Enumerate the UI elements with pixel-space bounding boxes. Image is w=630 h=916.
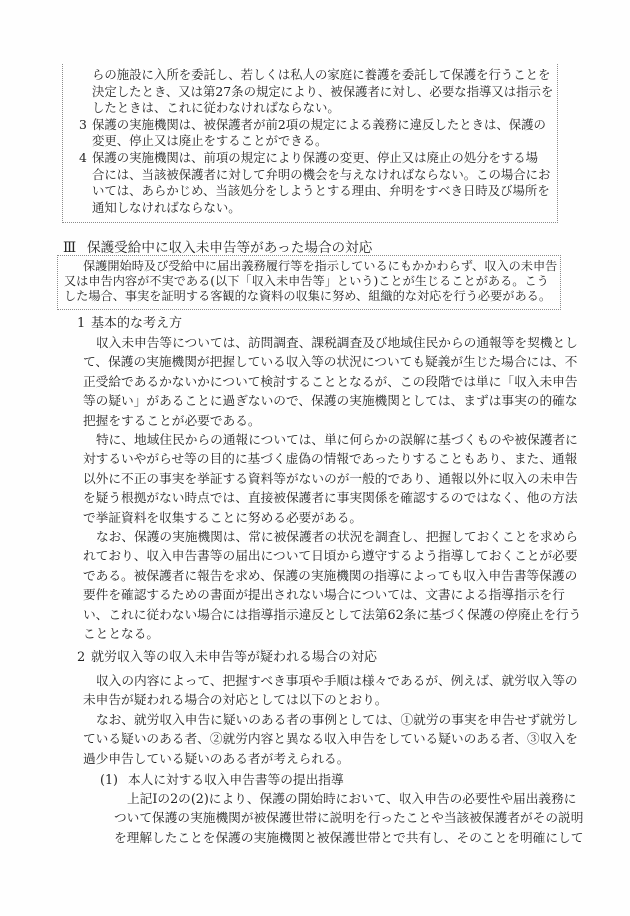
excerpt-line-text: 変更、停止又は廃止をすることができる。 <box>92 133 327 148</box>
excerpt-item-3: 3保護の実施機関は、被保護者が前2項の規定による義務に違反したときは、保護の <box>63 117 557 134</box>
excerpt-line-text: 合には、当該被保護者に対して弁明の機会を与えなければならない。この場合にお <box>92 167 550 182</box>
subsection-title: 就労収入等の収入未申告等が疑われる場合の対応 <box>91 650 377 665</box>
subsection-2-heading: 2就労収入等の収入未申告等が疑われる場合の対応 <box>77 650 377 665</box>
section-title: 保護受給中に収入未申告等があった場合の対応 <box>87 240 372 256</box>
subsection-number: 1 <box>77 316 91 331</box>
body-line: を疑う根拠がない時点では、直接被保護者に事実関係を確認するのではなく、他の方法 <box>83 488 581 507</box>
legal-excerpt-box: らの施設に入所を委託し、若しくは私人の家庭に養護を委託して保護を行うことを 決定… <box>62 64 558 223</box>
body-line: い、これに従わない場合には指導指示違反として法第62条に基づく保護の停廃止を行う <box>83 605 581 624</box>
subsection-1-heading: 1基本的な考え方 <box>77 316 182 331</box>
excerpt-line: いては、あらかじめ、当該処分をしようとする理由、弁明をすべき日時及び場所を <box>63 183 557 200</box>
excerpt-item-4: 4保護の実施機関は、前項の規定により保護の変更、停止又は廃止の処分をする場 <box>63 150 557 167</box>
body-line: 等の疑い」があることに過ぎないので、保護の実施機関としては、まずは事実の的確な <box>83 391 581 410</box>
body-line: なお、就労収入申告に疑いのある者の事例としては、①就労の事実を申告せず就労し <box>83 710 578 729</box>
excerpt-line-text: いては、あらかじめ、当該処分をしようとする理由、弁明をすべき日時及び場所を <box>92 183 550 198</box>
body-line: 上記Ⅰの2の(2)により、保護の開始時において、収入申告の必要性や届出義務に <box>114 789 583 808</box>
notice-line: 又は申告内容が不実である(以下「収入未申告等」という)ことが生じることがある。こ… <box>64 274 556 289</box>
subsection-2-body: 収入の内容によって、把握すべき事項や手順は様々であるが、例えば、就労収入等の 未… <box>83 671 578 768</box>
body-line: ついて保護の実施機関が被保護世帯に説明を行ったことや当該被保護者がその説明 <box>114 808 583 827</box>
body-line: 要件を確認するための書面が提出されない場合については、文書による指導指示を行 <box>83 585 581 604</box>
body-line: て、保護の実施機関が把握している収入等の状況についても疑義が生じた場合には、不 <box>83 352 581 371</box>
body-line: 特に、地域住民からの通報については、単に何らかの誤解に基づくものや被保護者に <box>83 430 581 449</box>
notice-box: 保護開始時及び受給中に届出義務履行等を指示しているにもかかわらず、収入の未申告 … <box>57 255 561 310</box>
excerpt-line: 合には、当該被保護者に対して弁明の機会を与えなければならない。この場合にお <box>63 167 557 184</box>
body-line: 収入の内容によって、把握すべき事項や手順は様々であるが、例えば、就労収入等の <box>83 671 578 690</box>
excerpt-line-text: したときは、これに従わなければならない。 <box>92 100 340 115</box>
item-1-body: 上記Ⅰの2の(2)により、保護の開始時において、収入申告の必要性や届出義務に つ… <box>114 789 583 847</box>
subsection-title: 基本的な考え方 <box>91 316 182 331</box>
notice-line: した場合、事実を証明する客観的な資料の収集に努め、組織的な対応を行う必要がある。 <box>64 289 556 304</box>
body-line: を理解したことを保護の実施機関と被保護世帯とで共有し、そのことを明確にして <box>114 828 583 847</box>
subsection-1-body: 収入未申告等については、訪問調査、課税調査及び地域住民からの通報等を契機とし て… <box>83 333 581 644</box>
excerpt-line-text: 通知しなければならない。 <box>92 200 241 215</box>
body-line: 以外に不正の事実を挙証する資料等がないのが一般的であり、通報以外に収入の未申告 <box>83 469 581 488</box>
body-line: こととなる。 <box>83 624 581 643</box>
body-line: なお、保護の実施機関は、常に被保護者の状況を調査し、把握しておくことを求めら <box>83 527 581 546</box>
body-line: で挙証資料を収集することに努める必要がある。 <box>83 508 581 527</box>
body-line: 収入未申告等については、訪問調査、課税調査及び地域住民からの通報等を契機とし <box>83 333 581 352</box>
subsection-number: 2 <box>77 650 91 665</box>
item-number: (1) <box>100 770 128 789</box>
body-line: れており、収入申告書等の届出について日頃から遵守するよう指導しておくことが必要 <box>83 546 581 565</box>
excerpt-line-text: 決定したとき、又は第27条の規定により、被保護者に対し、必要な指導又は指示を <box>92 84 553 99</box>
excerpt-line-text: 保護の実施機関は、被保護者が前2項の規定による義務に違反したときは、保護の <box>92 117 546 132</box>
excerpt-line-text: 保護の実施機関は、前項の規定により保護の変更、停止又は廃止の処分をする場 <box>92 150 538 165</box>
excerpt-line: らの施設に入所を委託し、若しくは私人の家庭に養護を委託して保護を行うことを <box>63 67 557 84</box>
excerpt-line: 決定したとき、又は第27条の規定により、被保護者に対し、必要な指導又は指示を <box>63 84 557 101</box>
excerpt-line: 変更、停止又は廃止をすることができる。 <box>63 133 557 150</box>
body-line: 未申告が疑われる場合の対応としては以下のとおり。 <box>83 690 578 709</box>
body-line: ている疑いのある者、②就労内容と異なる収入申告をしている疑いのある者、③収入を <box>83 729 578 748</box>
item-number: 4 <box>79 150 87 167</box>
item-1-heading: (1)本人に対する収入申告書等の提出指導 <box>100 770 344 789</box>
body-line: 正受給であるかないかについて検討することとなるが、この段階では単に「収入未申告 <box>83 372 581 391</box>
section-number: Ⅲ <box>63 241 87 256</box>
item-number: 3 <box>79 117 87 134</box>
excerpt-line: したときは、これに従わなければならない。 <box>63 100 557 117</box>
excerpt-line-text: らの施設に入所を委託し、若しくは私人の家庭に養護を委託して保護を行うことを <box>92 67 550 82</box>
excerpt-line: 通知しなければならない。 <box>63 200 557 217</box>
body-line: である。被保護者に報告を求め、保護の実施機関の指導によっても収入申告書等保護の <box>83 566 581 585</box>
body-line: 過少申告している疑いのある者が考えられる。 <box>83 749 578 768</box>
section-iii-heading: Ⅲ保護受給中に収入未申告等があった場合の対応 <box>63 241 372 256</box>
item-title: 本人に対する収入申告書等の提出指導 <box>128 772 344 787</box>
body-line: 対するいやがらせ等の目的に基づく虚偽の情報であったりすることもあり、また、通報 <box>83 449 581 468</box>
notice-line: 保護開始時及び受給中に届出義務履行等を指示しているにもかかわらず、収入の未申告 <box>64 259 556 274</box>
document-page: らの施設に入所を委託し、若しくは私人の家庭に養護を委託して保護を行うことを 決定… <box>0 0 630 916</box>
body-line: 把握をすることが必要である。 <box>83 411 581 430</box>
